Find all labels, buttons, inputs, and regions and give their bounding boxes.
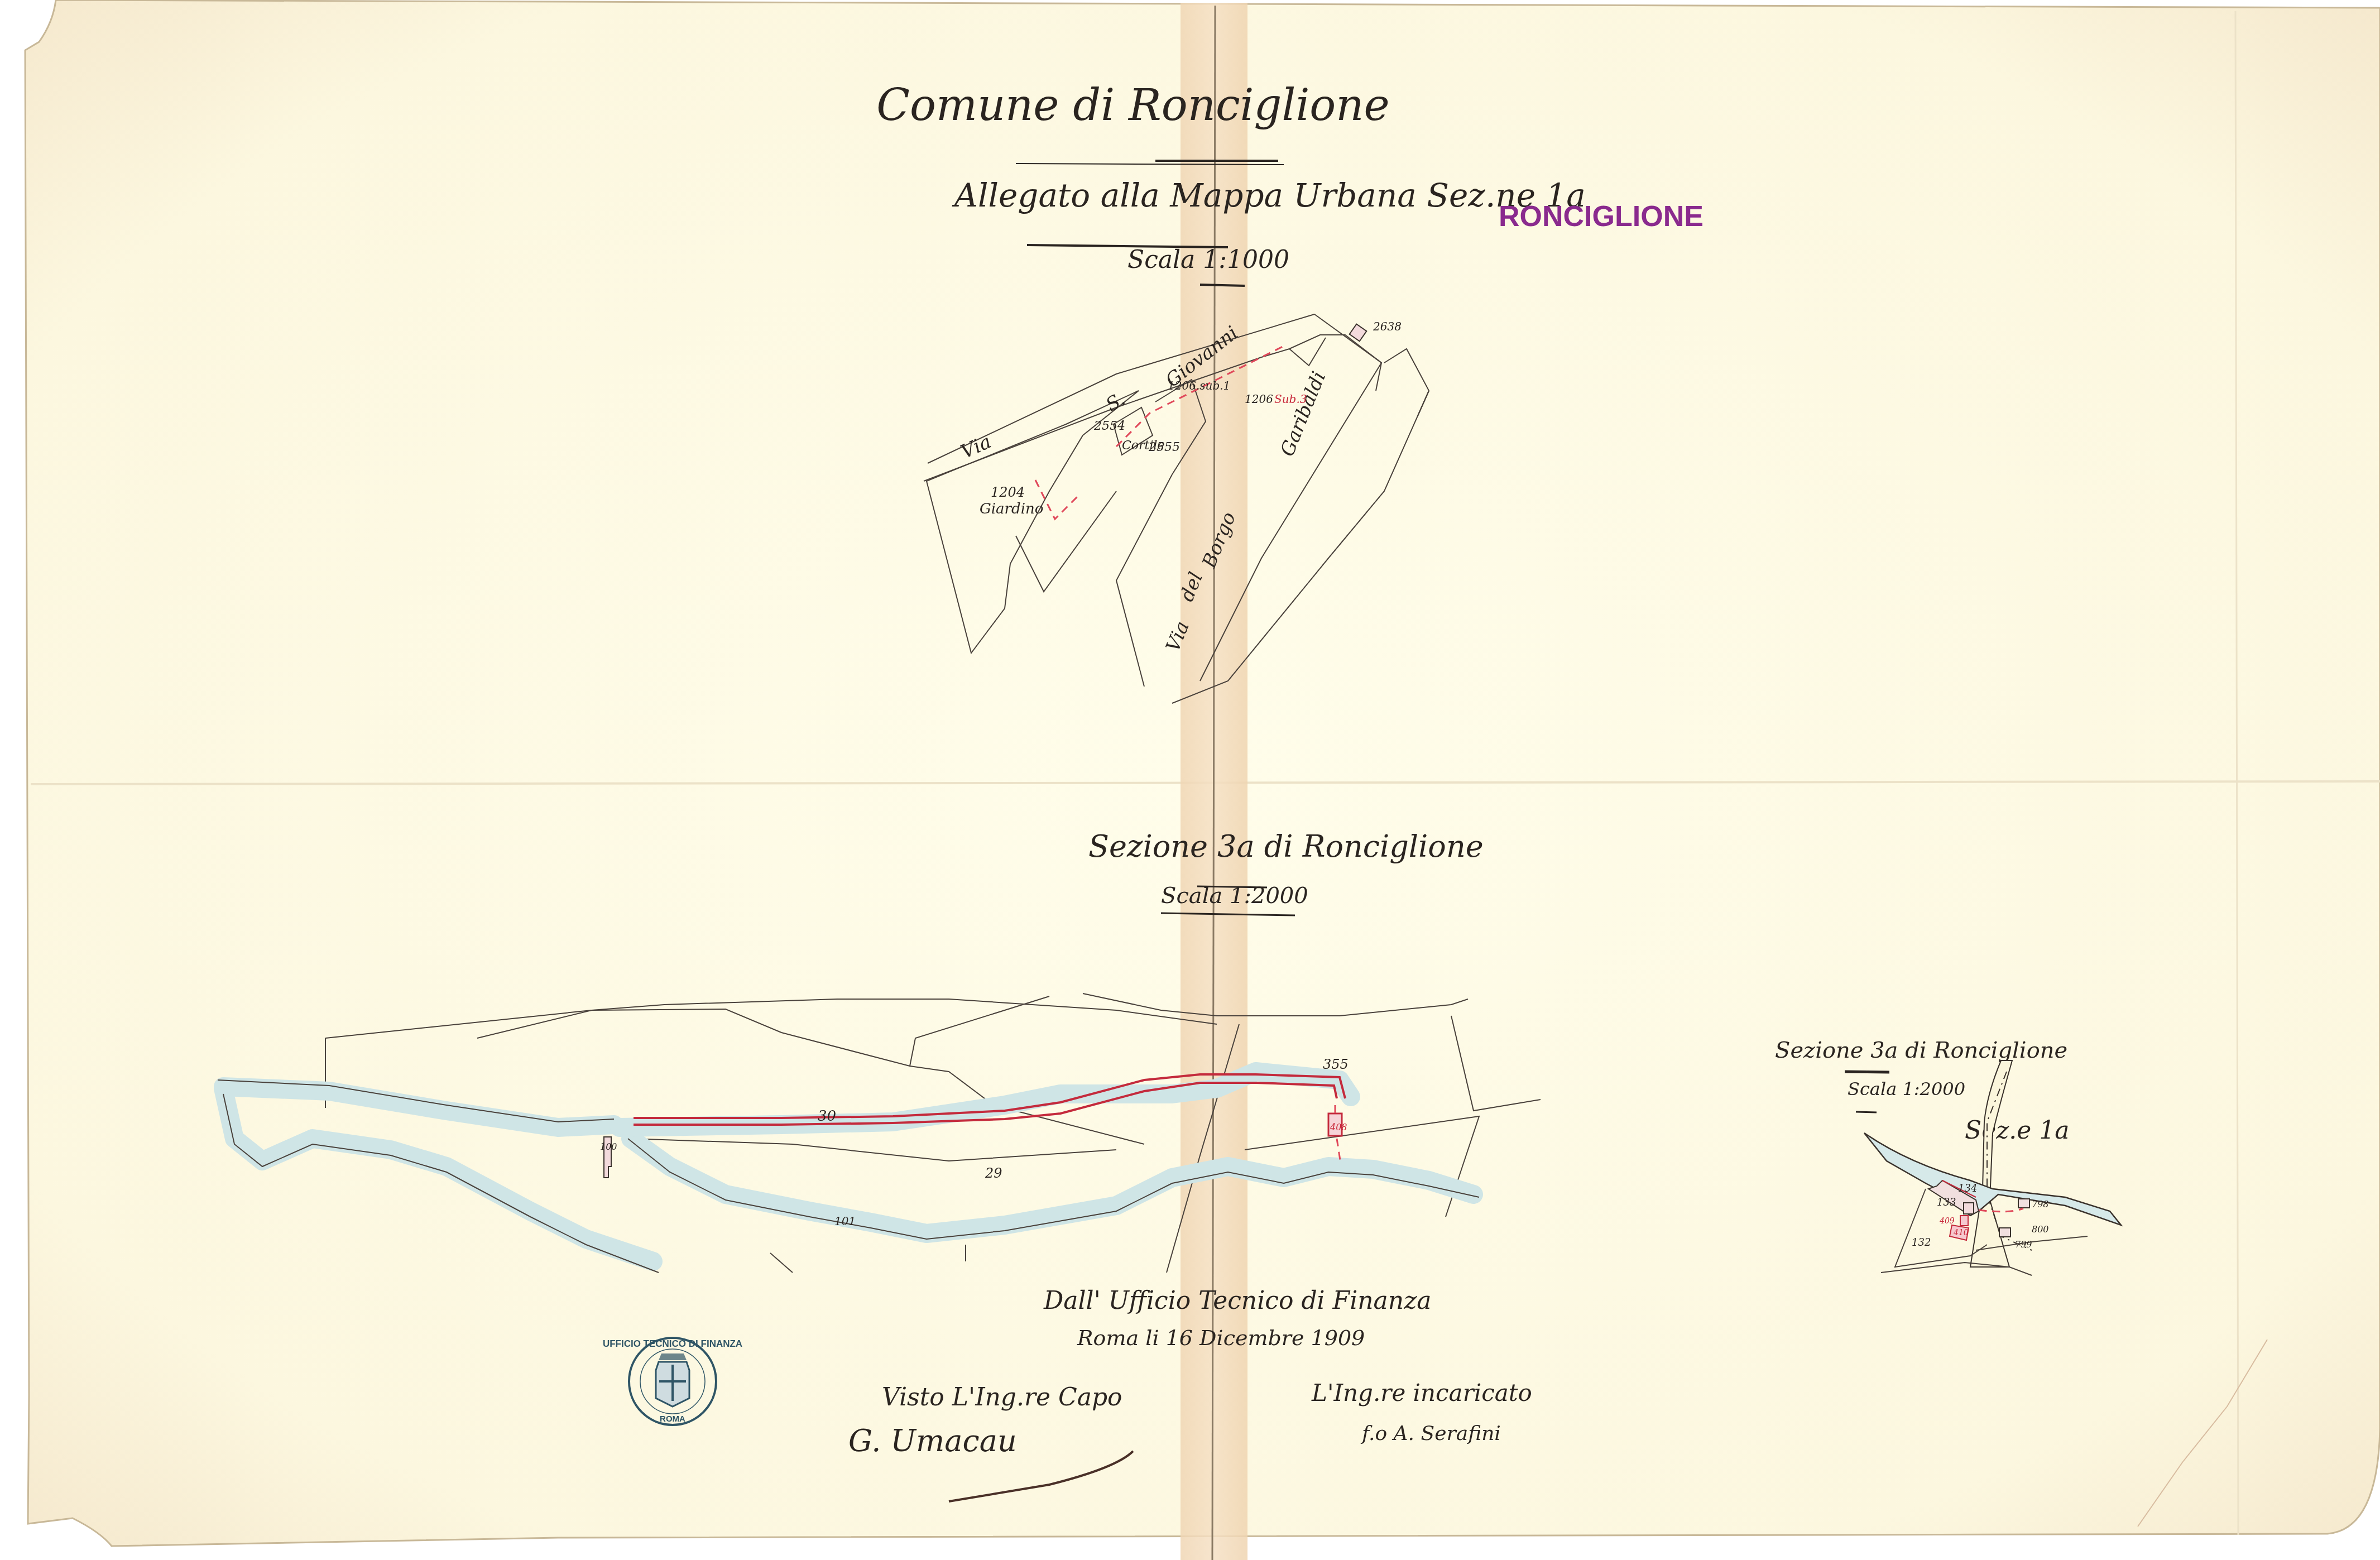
map-title: Comune di Ronciglione xyxy=(876,80,1389,131)
inset-parcel-132: 132 xyxy=(1912,1237,1931,1249)
svg-text:UFFICIO TECNICO DI FINANZA: UFFICIO TECNICO DI FINANZA xyxy=(603,1338,742,1349)
inset-map-title: Sezione 3a di Ronciglione xyxy=(1775,1038,2067,1063)
parcel-1204-number: 1204 xyxy=(991,484,1025,500)
place-and-date: Roma li 16 Dicembre 1909 xyxy=(1077,1326,1365,1350)
inset-parcel-410: 410 xyxy=(1953,1228,1969,1237)
parcel-1206-sub3: Sub.3 xyxy=(1274,392,1307,406)
inset-title-divider xyxy=(1845,1072,1889,1072)
parcel-29: 29 xyxy=(985,1165,1002,1181)
signature-left: G. Umacau xyxy=(848,1423,1017,1458)
middle-map-scale: Scala 1:2000 xyxy=(1161,883,1308,909)
signature-right: f.o A. Serafini xyxy=(1360,1422,1501,1445)
inset-parcel-133: 133 xyxy=(1937,1197,1956,1208)
approval-left-label: Visto L'Ing.re Capo xyxy=(882,1383,1122,1412)
inset-scale-divider xyxy=(1856,1112,1877,1112)
parcel-30: 30 xyxy=(818,1108,836,1125)
inset-parcel-799: 799 xyxy=(2015,1239,2032,1250)
parcel-1206: 1206 xyxy=(1245,392,1273,406)
place-name-stamp: RONCIGLIONE xyxy=(1499,200,1704,233)
parcel-2554: 2554 xyxy=(1093,419,1125,433)
cadastral-map-sheet: Comune di Ronciglione Allegato alla Mapp… xyxy=(0,0,2380,1560)
inset-parcel-800: 800 xyxy=(2032,1224,2049,1235)
parcel-2638: 2638 xyxy=(1373,320,1402,333)
inset-parcel-409: 409 xyxy=(1939,1217,1955,1226)
parcel-408: 408 xyxy=(1330,1122,1347,1132)
parcel-2555: 2555 xyxy=(1148,440,1180,454)
parcel-1204-use: Giardino xyxy=(980,501,1043,517)
inset-section-label: Sez.e 1a xyxy=(1965,1116,2070,1145)
inset-parcel-798: 798 xyxy=(2032,1199,2049,1209)
svg-text:ROMA: ROMA xyxy=(660,1414,685,1424)
inset-parcel-134: 134 xyxy=(1958,1183,1977,1194)
parcel-1206-sub1: 1206.sub.1 xyxy=(1168,379,1230,392)
parcel-355: 355 xyxy=(1323,1057,1349,1072)
inset-map-scale: Scala 1:2000 xyxy=(1848,1078,1965,1100)
approval-right-label: L'Ing.re incaricato xyxy=(1311,1379,1532,1407)
middle-map-title: Sezione 3a di Ronciglione xyxy=(1088,829,1484,864)
parcel-100: 100 xyxy=(600,1141,617,1152)
map-subtitle: Allegato alla Mappa Urbana Sez.ne 1a xyxy=(952,176,1586,214)
parcel-101: 101 xyxy=(834,1215,856,1228)
upper-map-scale: Scala 1:1000 xyxy=(1127,246,1289,274)
issuing-office: Dall' Ufficio Tecnico di Finanza xyxy=(1043,1287,1432,1315)
scale-divider xyxy=(1200,285,1245,286)
